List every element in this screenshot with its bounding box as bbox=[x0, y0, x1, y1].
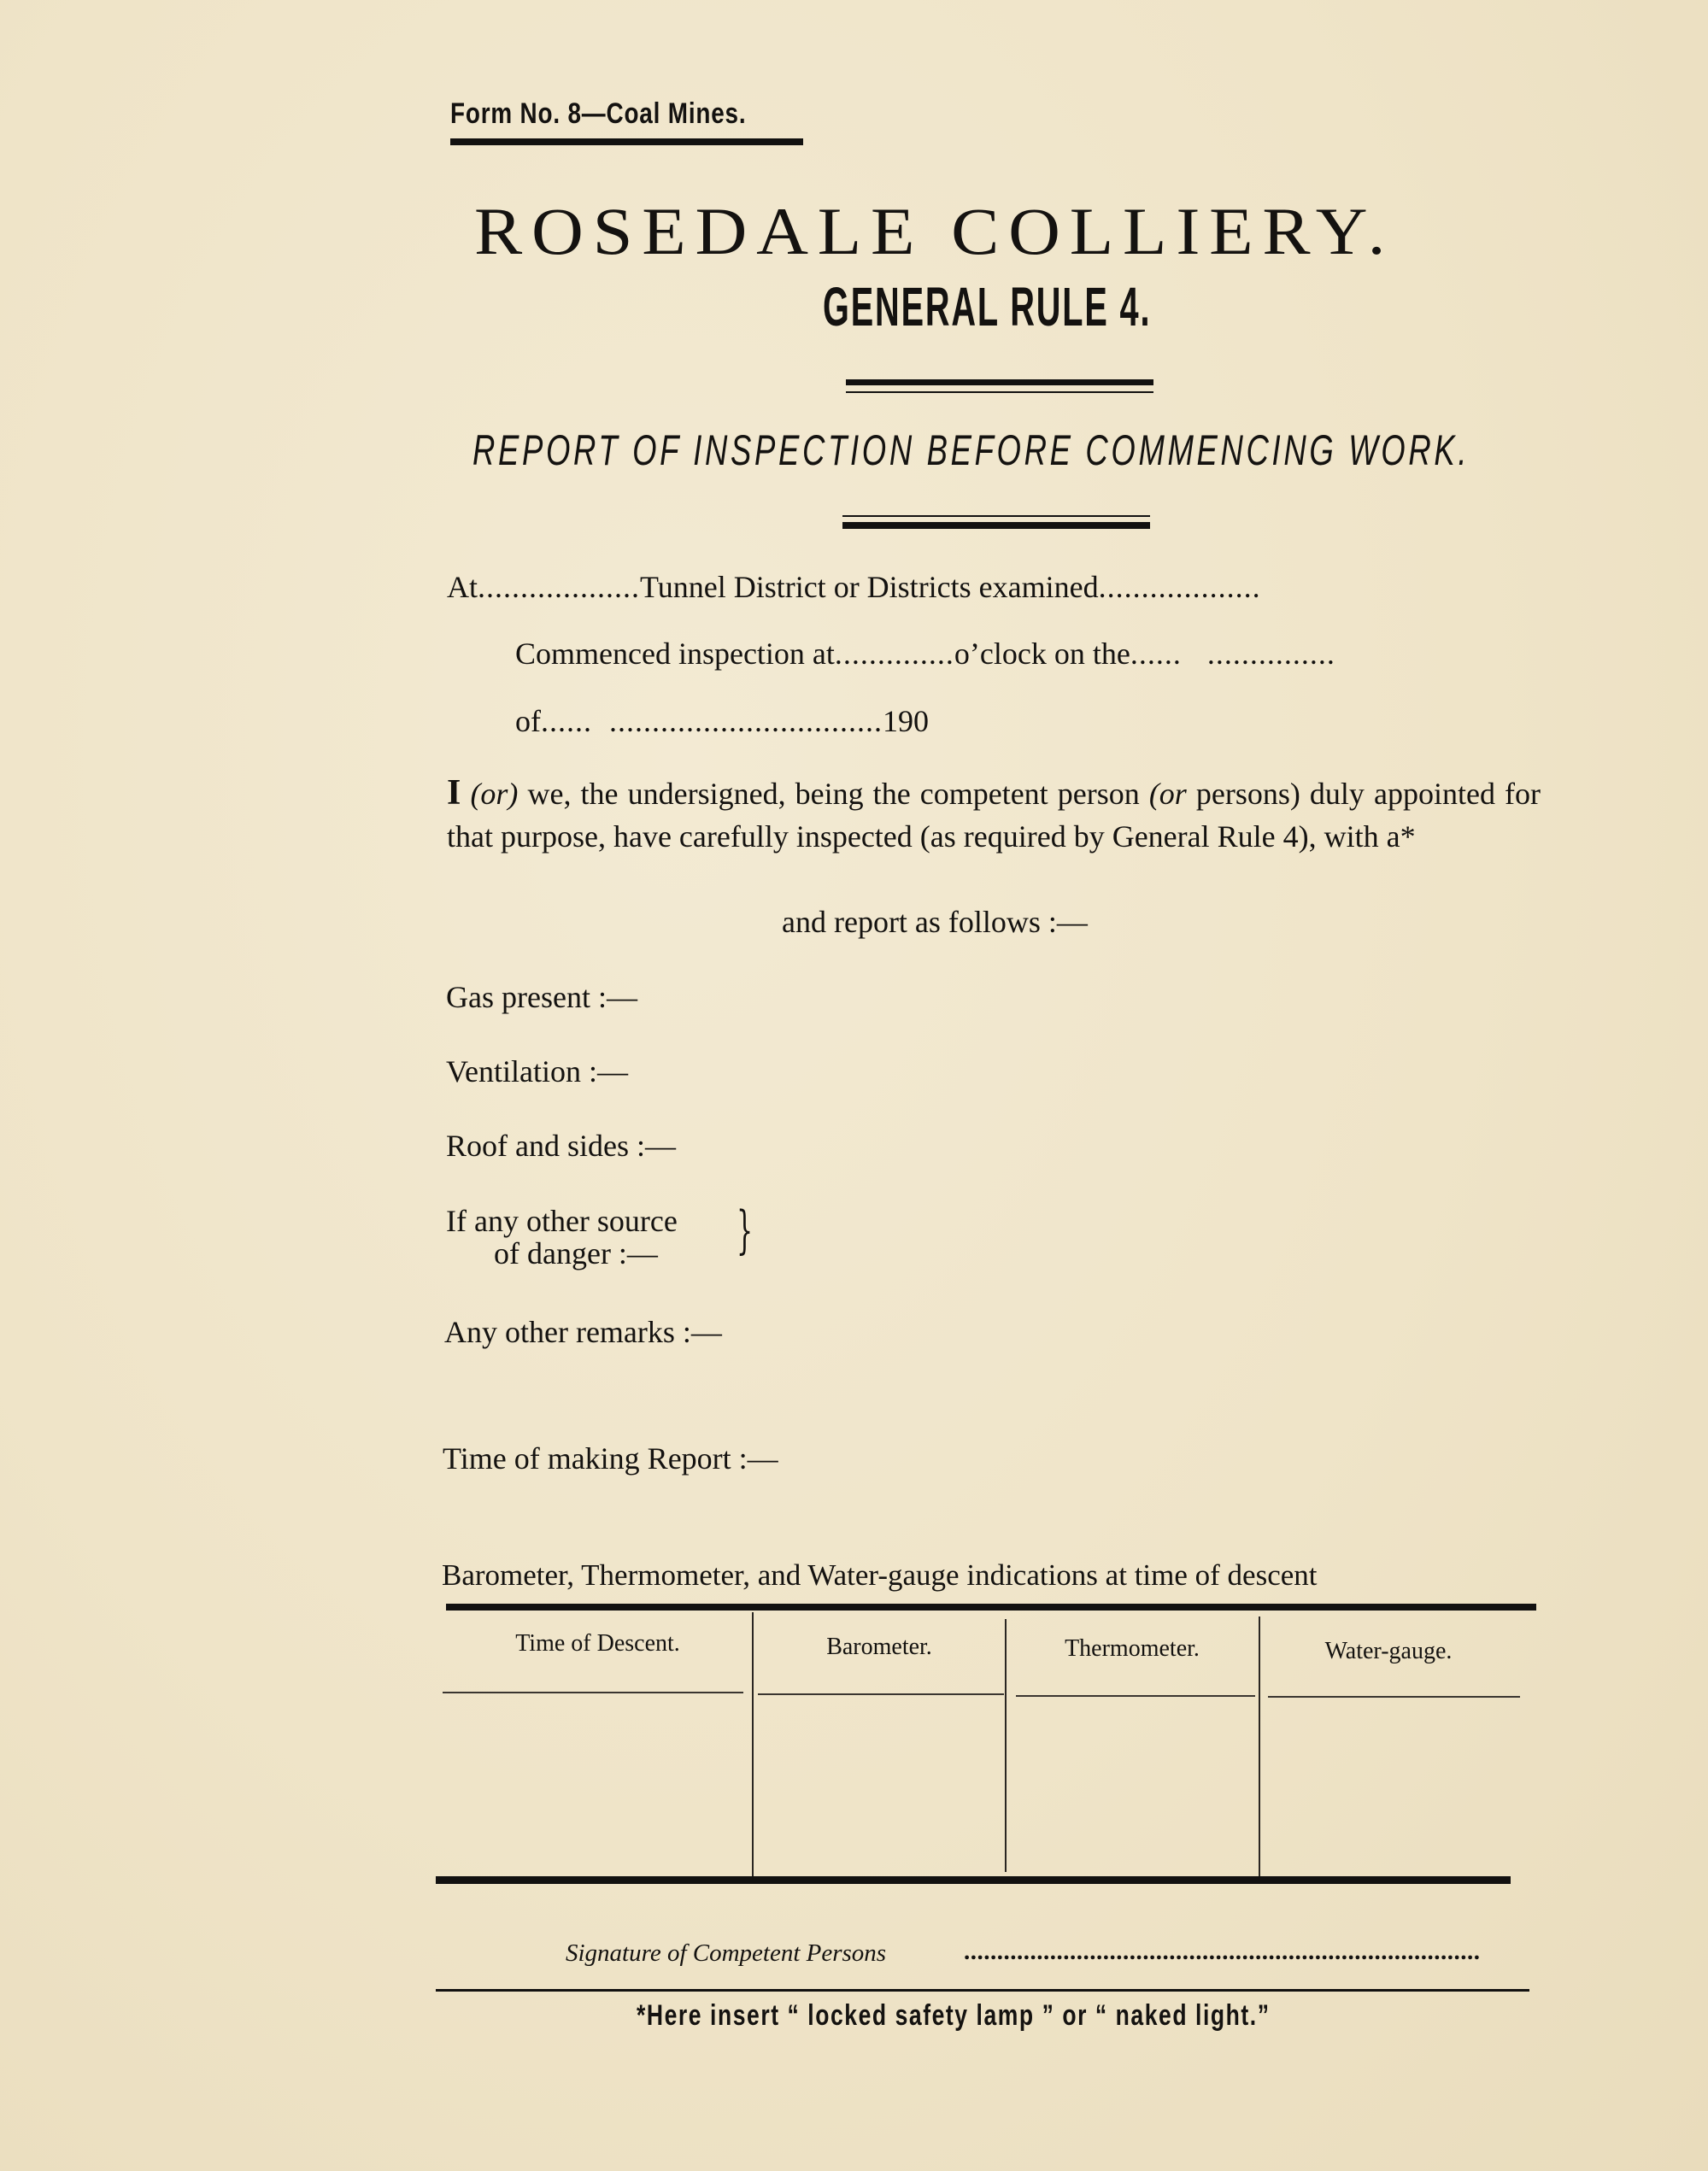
table-cell-thermometer[interactable] bbox=[1007, 1700, 1258, 1871]
declaration-text-1: we, the undersigned, being the competent… bbox=[518, 777, 1148, 811]
ventilation-label: Ventilation :— bbox=[446, 1053, 628, 1089]
table-caption: Barometer, Thermometer, and Water-gauge … bbox=[442, 1558, 1318, 1593]
header-underline-2 bbox=[758, 1693, 1004, 1695]
column-header-thermometer: Thermometer. bbox=[1007, 1635, 1258, 1663]
double-rule-thin-top bbox=[846, 391, 1153, 393]
header-underline-1 bbox=[443, 1692, 743, 1693]
report-follows: and report as follows :— bbox=[782, 904, 1088, 940]
of-label: of bbox=[515, 704, 541, 738]
footnote: *Here insert “ locked safety lamp ” or “… bbox=[637, 1999, 1271, 2033]
date-line: of...... ...............................… bbox=[515, 703, 929, 739]
danger-source-label-1: If any other source bbox=[446, 1203, 678, 1239]
day-blank[interactable]: ...... ............... bbox=[1130, 637, 1335, 671]
document-title: ROSEDALE COLLIERY. bbox=[474, 193, 1394, 270]
header-underline-4 bbox=[1268, 1696, 1520, 1698]
form-number: Form No. 8—Coal Mines. bbox=[450, 97, 746, 131]
double-rule-thin-bottom bbox=[842, 515, 1150, 517]
double-rule-thick-bottom bbox=[842, 522, 1150, 529]
column-divider-1 bbox=[752, 1612, 754, 1877]
commenced-label: Commenced inspection at bbox=[515, 637, 835, 671]
time-blank[interactable]: .............. bbox=[835, 637, 954, 671]
danger-source-label-2: of danger :— bbox=[494, 1235, 658, 1271]
time-of-report-label: Time of making Report :— bbox=[443, 1440, 778, 1476]
month-blank[interactable]: ...... ................................ bbox=[541, 704, 883, 738]
header-underline-3 bbox=[1016, 1695, 1255, 1697]
form-number-underline bbox=[450, 138, 803, 145]
table-cell-water-gauge[interactable] bbox=[1260, 1700, 1517, 1871]
gas-present-label: Gas present :— bbox=[446, 979, 637, 1015]
roof-and-sides-label: Roof and sides :— bbox=[446, 1128, 676, 1164]
districts-blank[interactable]: ................... bbox=[1099, 570, 1261, 604]
double-rule-thick-top bbox=[846, 379, 1153, 385]
column-header-time-of-descent: Time of Descent. bbox=[446, 1630, 749, 1658]
footer-rule bbox=[436, 1989, 1529, 1992]
declaration-paragraph: I (or) we, the undersigned, being the co… bbox=[447, 772, 1541, 858]
at-label: At bbox=[447, 570, 478, 604]
table-cell-barometer[interactable] bbox=[755, 1700, 1003, 1871]
location-line: At...................Tunnel District or … bbox=[447, 569, 1261, 605]
at-blank[interactable]: ................... bbox=[478, 570, 640, 604]
signature-label: Signature of Competent Persons bbox=[566, 1939, 886, 1968]
column-header-barometer: Barometer. bbox=[755, 1634, 1003, 1661]
year-prefix: 190 bbox=[883, 704, 929, 738]
table-bottom-rule bbox=[436, 1876, 1511, 1884]
commenced-line: Commenced inspection at..............o’c… bbox=[515, 636, 1335, 672]
signature-blank[interactable]: ........................................… bbox=[964, 1938, 1481, 1966]
table-top-rule bbox=[446, 1604, 1536, 1611]
remarks-label: Any other remarks :— bbox=[444, 1314, 722, 1350]
document-subtitle: GENERAL RULE 4. bbox=[823, 275, 1151, 338]
report-heading: REPORT OF INSPECTION BEFORE COMMENCING W… bbox=[472, 425, 1470, 475]
oclock-label: o’clock on the bbox=[954, 637, 1130, 671]
table-cell-time-of-descent[interactable] bbox=[446, 1700, 749, 1871]
declaration-i: I bbox=[447, 773, 461, 813]
brace-icon: } bbox=[737, 1205, 753, 1256]
declaration-or-2: (or bbox=[1149, 777, 1187, 811]
column-header-water-gauge: Water-gauge. bbox=[1260, 1638, 1517, 1665]
declaration-or-1: (or) bbox=[470, 777, 518, 811]
tunnel-label: Tunnel District or Districts examined bbox=[640, 570, 1099, 604]
